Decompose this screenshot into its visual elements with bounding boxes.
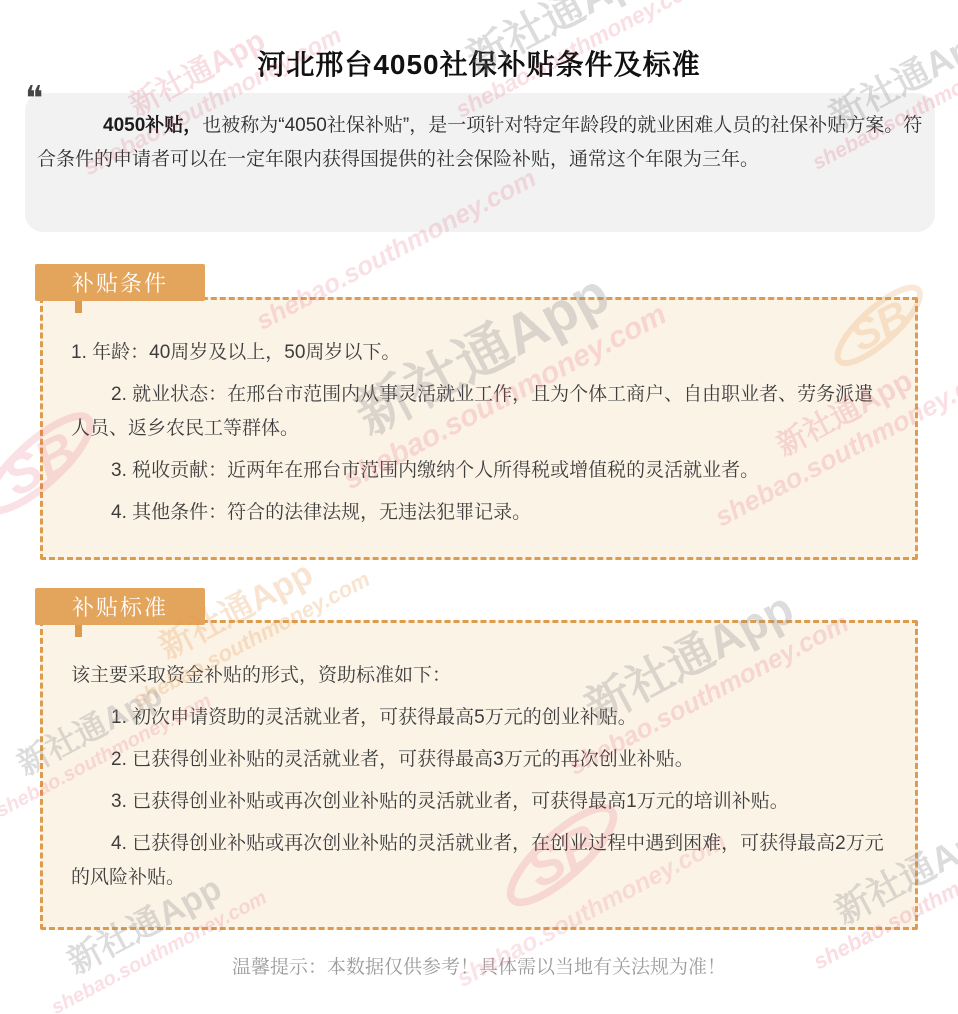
intro-lead: 4050补贴， bbox=[103, 115, 202, 136]
condition-item: 3. 税收贡献：近两年在邢台市范围内缴纳个人所得税或增值税的灵活就业者。 bbox=[71, 454, 885, 488]
quote-icon: ❝ bbox=[25, 83, 43, 117]
standards-box: 该主要采取资金补贴的形式，资助标准如下： 1. 初次申请资助的灵活就业者，可获得… bbox=[40, 620, 918, 930]
condition-item: 4. 其他条件：符合的法律法规，无违法犯罪记录。 bbox=[71, 496, 885, 530]
standard-item: 3. 已获得创业补贴或再次创业补贴的灵活就业者，可获得最高1万元的培训补贴。 bbox=[71, 785, 885, 819]
condition-item: 2. 就业状态：在邢台市范围内从事灵活就业工作，且为个体工商户、自由职业者、劳务… bbox=[71, 378, 885, 446]
standard-item: 4. 已获得创业补贴或再次创业补贴的灵活就业者，在创业过程中遇到困难，可获得最高… bbox=[71, 827, 885, 895]
intro-quote-box: ❝ 4050补贴，也被称为“4050社保补贴”，是一项针对特定年龄段的就业困难人… bbox=[25, 93, 935, 232]
condition-item: 1. 年龄：40周岁及以上，50周岁以下。 bbox=[71, 336, 885, 370]
standards-intro: 该主要采取资金补贴的形式，资助标准如下： bbox=[71, 659, 885, 693]
section-heading-conditions: 补贴条件 bbox=[35, 264, 205, 301]
heading-notch-decoration bbox=[75, 300, 82, 313]
footer-tip: 温馨提示：本数据仅供参考！具体需以当地有关法规为准！ bbox=[0, 952, 958, 979]
standard-item: 1. 初次申请资助的灵活就业者，可获得最高5万元的创业补贴。 bbox=[71, 701, 885, 735]
page-title: 河北邢台4050社保补贴条件及标准 bbox=[0, 43, 958, 83]
conditions-box: 1. 年龄：40周岁及以上，50周岁以下。 2. 就业状态：在邢台市范围内从事灵… bbox=[40, 297, 918, 560]
heading-notch-decoration bbox=[75, 624, 82, 637]
section-heading-standards: 补贴标准 bbox=[35, 588, 205, 625]
intro-paragraph: 4050补贴，也被称为“4050社保补贴”，是一项针对特定年龄段的就业困难人员的… bbox=[37, 109, 923, 177]
standard-item: 2. 已获得创业补贴的灵活就业者，可获得最高3万元的再次创业补贴。 bbox=[71, 743, 885, 777]
